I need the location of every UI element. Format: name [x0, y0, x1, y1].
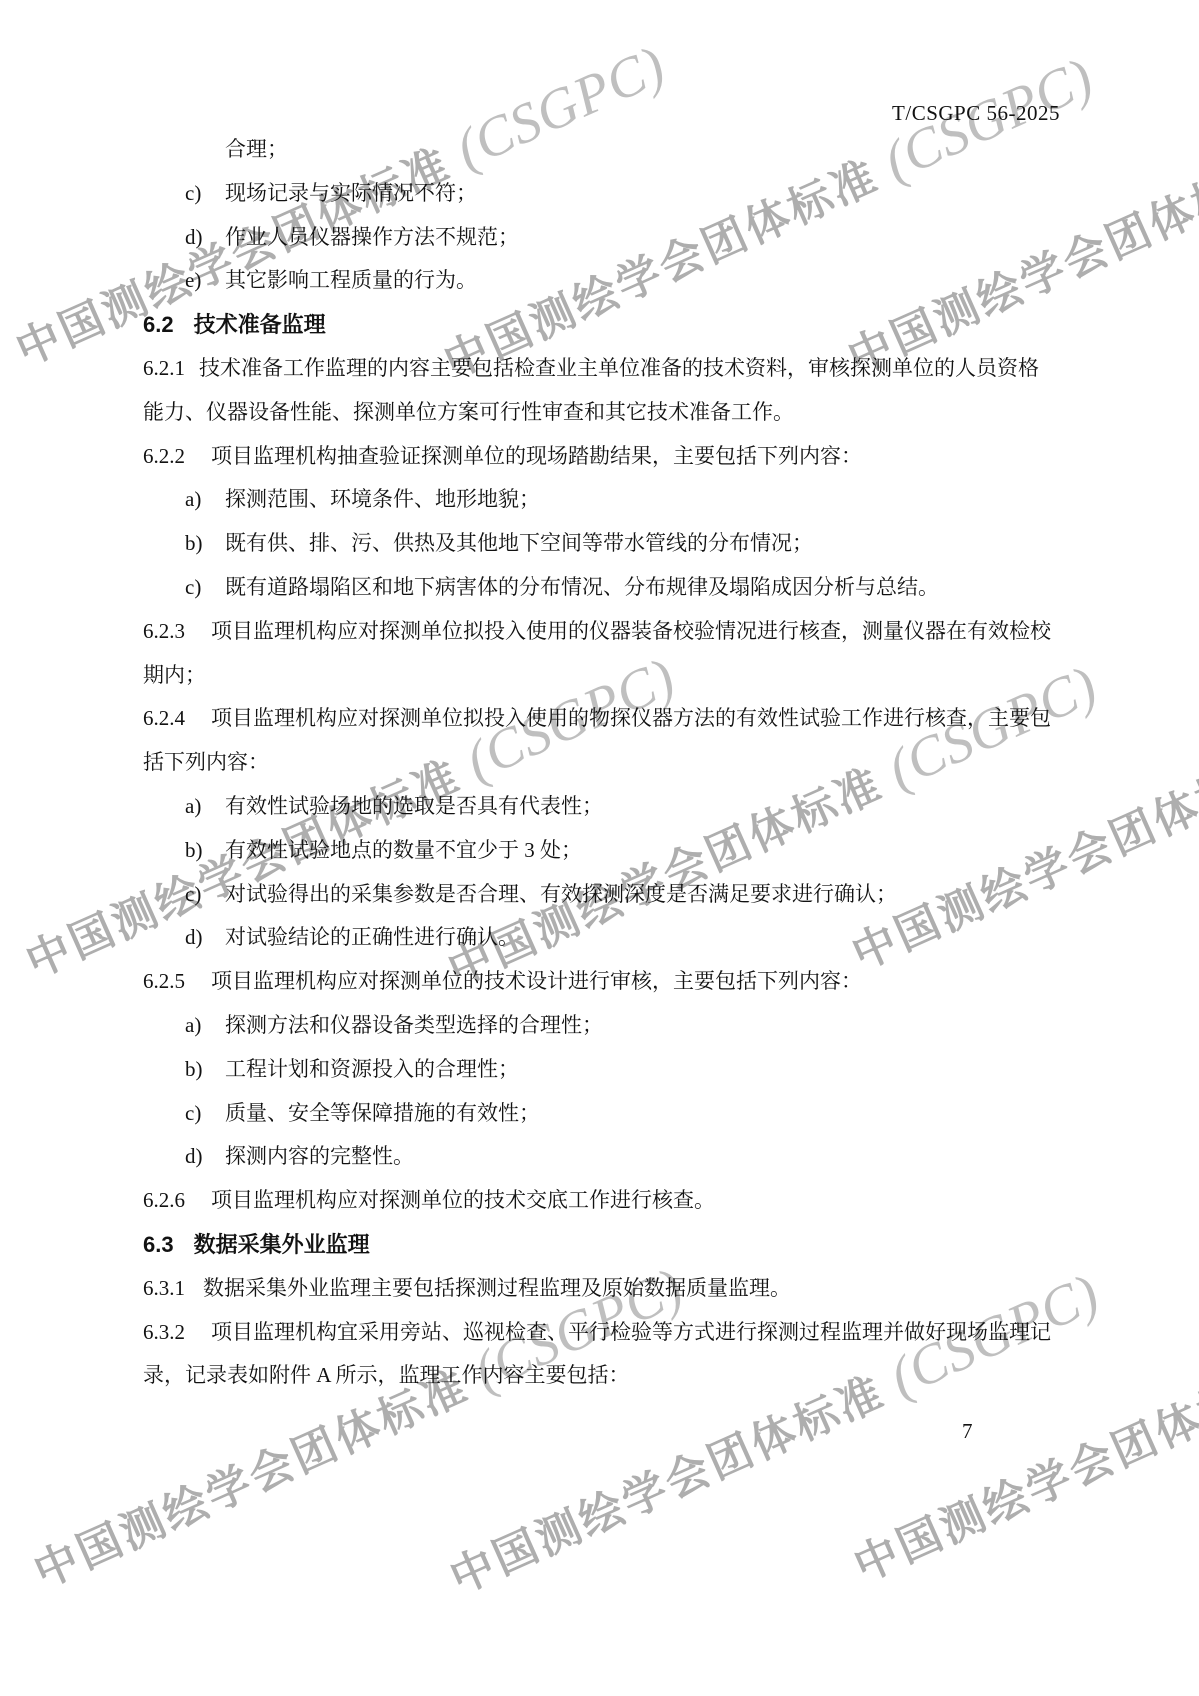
- line-text: 项目监理机构应对探测单位的技术交底工作进行核查。: [211, 1188, 715, 1212]
- clause-paragraph: 6.2.5项目监理机构应对探测单位的技术设计进行审核，主要包括下列内容：: [143, 965, 862, 995]
- list-item: d)作业人员仪器操作方法不规范；: [185, 221, 519, 251]
- list-item: b)既有供、排、污、供热及其他地下空间等带水管线的分布情况；: [185, 527, 813, 557]
- list-item: c)对试验得出的采集参数是否合理、有效探测深度是否满足要求进行确认；: [185, 878, 897, 908]
- clause-paragraph: 6.2.4项目监理机构应对探测单位拟投入使用的物探仪器方法的有效性试验工作进行核…: [143, 702, 1051, 732]
- clause-paragraph: 6.3.1数据采集外业监理主要包括探测过程监理及原始数据质量监理。: [143, 1272, 791, 1302]
- line-text: 合理；: [225, 137, 288, 161]
- line-text: 项目监理机构应对探测单位拟投入使用的仪器装备校验情况进行核查，测量仪器在有效检校: [211, 619, 1051, 643]
- line-text: 有效性试验地点的数量不宜少于 3 处；: [225, 838, 582, 862]
- line-text: 项目监理机构抽查验证探测单位的现场踏勘结果，主要包括下列内容：: [211, 444, 862, 468]
- list-item: c)质量、安全等保障措施的有效性；: [185, 1097, 540, 1127]
- list-item: e)其它影响工程质量的行为。: [185, 264, 477, 294]
- line-text: 项目监理机构应对探测单位拟投入使用的物探仪器方法的有效性试验工作进行核查，主要包: [211, 706, 1051, 730]
- clause-paragraph: 6.3.2项目监理机构宜采用旁站、巡视检查、平行检验等方式进行探测过程监理并做好…: [143, 1316, 1051, 1346]
- page-number: 7: [962, 1419, 973, 1444]
- line-text: 技术准备监理: [194, 312, 326, 337]
- line-text: 工程计划和资源投入的合理性；: [225, 1057, 519, 1081]
- list-letter: a): [185, 487, 225, 512]
- clause-number: 6.2.1: [143, 356, 185, 381]
- list-letter: b): [185, 838, 225, 863]
- list-item: a)探测方法和仪器设备类型选择的合理性；: [185, 1009, 603, 1039]
- line-text: 项目监理机构应对探测单位的技术设计进行审核，主要包括下列内容：: [211, 969, 862, 993]
- list-letter: c): [185, 882, 225, 907]
- line-text: 探测内容的完整性。: [225, 1144, 414, 1168]
- line-text: 录，记录表如附件 A 所示，监理工作内容主要包括：: [143, 1363, 630, 1387]
- list-letter: b): [185, 531, 225, 556]
- line-text: 其它影响工程质量的行为。: [225, 268, 477, 292]
- list-item: c)现场记录与实际情况不符；: [185, 177, 477, 207]
- list-letter: a): [185, 794, 225, 819]
- line-text: 作业人员仪器操作方法不规范；: [225, 225, 519, 249]
- list-letter: a): [185, 1013, 225, 1038]
- line-text: 现场记录与实际情况不符；: [225, 181, 477, 205]
- section-heading: 6.2技术准备监理: [143, 308, 326, 339]
- section-heading: 6.3数据采集外业监理: [143, 1228, 370, 1259]
- line-text: 探测范围、环境条件、地形地貌；: [225, 487, 540, 511]
- continuation-line: 录，记录表如附件 A 所示，监理工作内容主要包括：: [143, 1359, 630, 1389]
- list-item: c)既有道路塌陷区和地下病害体的分布情况、分布规律及塌陷成因分析与总结。: [185, 571, 939, 601]
- list-item: b)有效性试验地点的数量不宜少于 3 处；: [185, 834, 582, 864]
- clause-number: 6.2: [143, 312, 174, 338]
- list-item: a)有效性试验场地的选取是否具有代表性；: [185, 790, 603, 820]
- continuation-line: 合理；: [225, 133, 288, 163]
- clause-number: 6.2.2: [143, 444, 185, 469]
- line-text: 括下列内容：: [143, 750, 269, 774]
- clause-number: 6.2.3: [143, 619, 185, 644]
- line-text: 期内；: [143, 663, 206, 687]
- clause-paragraph: 6.2.2项目监理机构抽查验证探测单位的现场踏勘结果，主要包括下列内容：: [143, 440, 862, 470]
- list-letter: d): [185, 1144, 225, 1169]
- clause-paragraph: 6.2.3项目监理机构应对探测单位拟投入使用的仪器装备校验情况进行核查，测量仪器…: [143, 615, 1051, 645]
- line-text: 探测方法和仪器设备类型选择的合理性；: [225, 1013, 603, 1037]
- continuation-line: 期内；: [143, 659, 206, 689]
- line-text: 既有供、排、污、供热及其他地下空间等带水管线的分布情况；: [225, 531, 813, 555]
- list-letter: d): [185, 925, 225, 950]
- clause-number: 6.2.6: [143, 1188, 185, 1213]
- line-text: 数据采集外业监理主要包括探测过程监理及原始数据质量监理。: [203, 1276, 791, 1300]
- list-item: a)探测范围、环境条件、地形地貌；: [185, 483, 540, 513]
- line-text: 数据采集外业监理: [194, 1232, 370, 1257]
- list-letter: d): [185, 225, 225, 250]
- line-text: 质量、安全等保障措施的有效性；: [225, 1101, 540, 1125]
- list-letter: c): [185, 181, 225, 206]
- line-text: 既有道路塌陷区和地下病害体的分布情况、分布规律及塌陷成因分析与总结。: [225, 575, 939, 599]
- list-item: b)工程计划和资源投入的合理性；: [185, 1053, 519, 1083]
- line-text: 能力、仪器设备性能、探测单位方案可行性审查和其它技术准备工作。: [143, 400, 794, 424]
- list-letter: e): [185, 268, 225, 293]
- clause-number: 6.3.2: [143, 1320, 185, 1345]
- continuation-line: 括下列内容：: [143, 746, 269, 776]
- line-text: 项目监理机构宜采用旁站、巡视检查、平行检验等方式进行探测过程监理并做好现场监理记: [211, 1320, 1051, 1344]
- continuation-line: 能力、仪器设备性能、探测单位方案可行性审查和其它技术准备工作。: [143, 396, 794, 426]
- clause-number: 6.2.4: [143, 706, 185, 731]
- list-item: d)探测内容的完整性。: [185, 1140, 414, 1170]
- clause-paragraph: 6.2.1技术准备工作监理的内容主要包括检查业主单位准备的技术资料，审核探测单位…: [143, 352, 1039, 382]
- clause-number: 6.3: [143, 1232, 174, 1258]
- list-item: d)对试验结论的正确性进行确认。: [185, 921, 519, 951]
- list-letter: c): [185, 575, 225, 600]
- clause-number: 6.3.1: [143, 1276, 185, 1301]
- clause-number: 6.2.5: [143, 969, 185, 994]
- list-letter: c): [185, 1101, 225, 1126]
- document-body: 合理；c)现场记录与实际情况不符；d)作业人员仪器操作方法不规范；e)其它影响工…: [0, 0, 1199, 1696]
- line-text: 有效性试验场地的选取是否具有代表性；: [225, 794, 603, 818]
- clause-paragraph: 6.2.6项目监理机构应对探测单位的技术交底工作进行核查。: [143, 1184, 715, 1214]
- line-text: 技术准备工作监理的内容主要包括检查业主单位准备的技术资料，审核探测单位的人员资格: [199, 356, 1039, 380]
- list-letter: b): [185, 1057, 225, 1082]
- line-text: 对试验结论的正确性进行确认。: [225, 925, 519, 949]
- line-text: 对试验得出的采集参数是否合理、有效探测深度是否满足要求进行确认；: [225, 882, 897, 906]
